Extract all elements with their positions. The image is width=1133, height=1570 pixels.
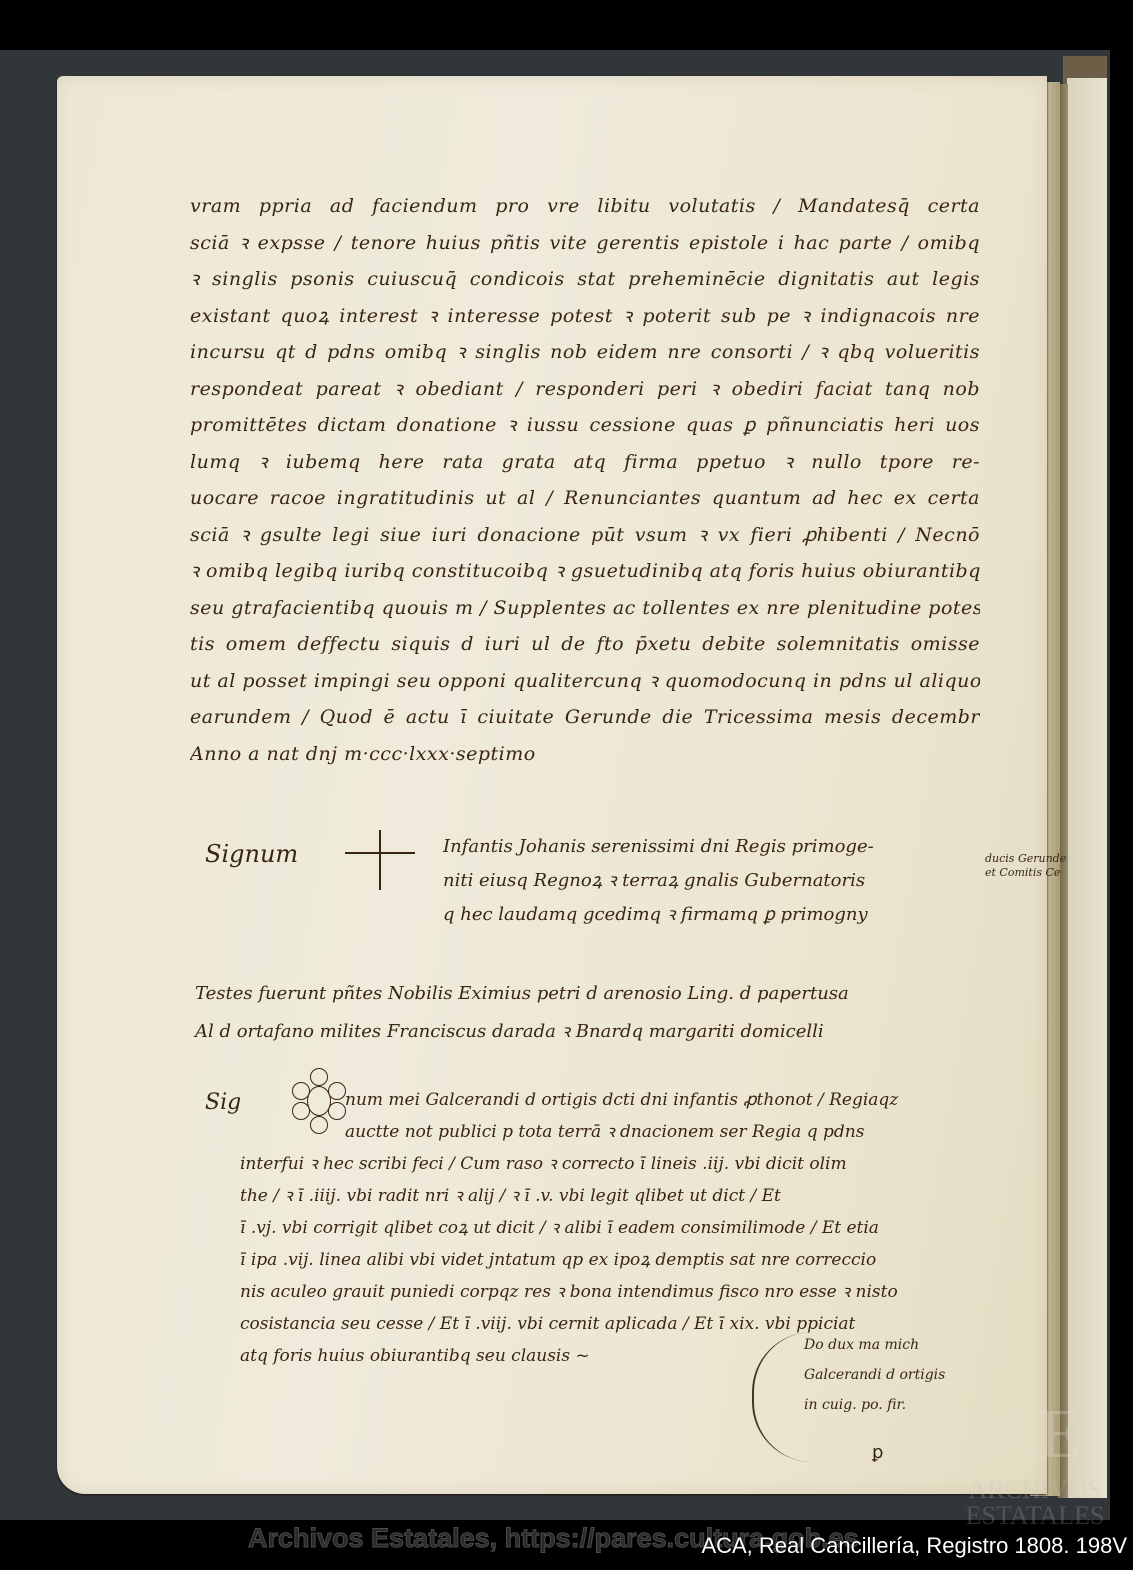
text-line: existant quoꝝ interest ꝛ interesse potes…: [190, 298, 980, 335]
notary-line: ī ipa .vij. linea alibi vbi videt jntatu…: [240, 1245, 876, 1275]
notary-sig-prefix: Sig: [205, 1090, 241, 1115]
witnesses-line: Testes fuerunt pñtes Nobilis Eximius pet…: [195, 975, 995, 1013]
margin-note-line: et Comitis Ce: [985, 866, 1066, 880]
paraph-mark: ꝑ: [872, 1442, 883, 1463]
text-line: sciā ꝛ expsse / tenore huius pñtis vite …: [190, 225, 980, 262]
notary-line: the / ꝛ ī .iiij. vbi radit nri ꝛ alij / …: [240, 1181, 781, 1211]
logo-letters: AE: [955, 1395, 1115, 1475]
text-line: lumq ꝛ iubemq here rata grata atq firma …: [190, 444, 980, 481]
subscription-line: in cuig. po. fir.: [804, 1390, 945, 1420]
text-line-final: Anno a nat dnj m·ccc·lxxx·septimo: [190, 736, 980, 773]
logo-line-1: ARCHIVOS: [955, 1477, 1115, 1503]
signum-line: q hec laudamq gcedimq ꝛ firmamq ꝑ primog…: [443, 898, 1043, 932]
margin-insertion-note: ducis Gerunde et Comitis Ce: [985, 852, 1066, 880]
witnesses-line: Al d ortafano milites Franciscus darada …: [195, 1013, 995, 1051]
notarial-sign-icon: [292, 1068, 346, 1134]
signum-label: Signum: [205, 840, 298, 868]
cross-sign-icon: [345, 830, 415, 890]
notary-line: nis aculeo grauit puniedi corpqz res ꝛ b…: [240, 1277, 898, 1307]
text-line: uocare racoe ingratitudinis ut al / Renu…: [190, 480, 980, 517]
main-text-block: vram ppria ad faciendum pro vre libitu v…: [190, 188, 980, 772]
subscription-line: Do dux ma mich: [804, 1330, 945, 1360]
witnesses-block: Testes fuerunt pñtes Nobilis Eximius pet…: [195, 975, 995, 1051]
text-line: ꝛ singlis psonis cuiuscuq̄ condicois sta…: [190, 261, 980, 298]
text-line: incursu qt d pdns omibq ꝛ singlis nob ei…: [190, 334, 980, 371]
notary-line: interfui ꝛ hec scribi feci / Cum raso ꝛ …: [240, 1149, 847, 1179]
text-line: sciā ꝛ gsulte legi siue iuri donacione p…: [190, 517, 980, 554]
facing-page-edge: [1067, 78, 1107, 1498]
notary-line: auctte not publici p tota terrā ꝛ dnacio…: [345, 1117, 864, 1147]
text-line: promittētes dictam donatione ꝛ iussu ces…: [190, 407, 980, 444]
notary-line: atq foris huius obiurantibq seu clausis …: [240, 1341, 590, 1371]
notary-line: ī .vj. vbi corrigit qlibet coꝝ ut dicit …: [240, 1213, 879, 1243]
text-line: vram ppria ad faciendum pro vre libitu v…: [190, 188, 980, 225]
subscription-line: Galcerandi d ortigis: [804, 1360, 945, 1390]
margin-note-line: ducis Gerunde: [985, 852, 1066, 866]
signum-line: Infantis Johanis serenissimi dni Regis p…: [443, 830, 1043, 864]
text-line: ut al posset impingi seu opponi qualiter…: [190, 663, 980, 700]
text-line: ꝛ omibq legibq iuribq constitucoibq ꝛ gs…: [190, 553, 980, 590]
logo-line-2: ESTATALES: [955, 1503, 1115, 1529]
text-line: seu gtrafacientibq quouis m / Supplentes…: [190, 590, 980, 627]
text-line: tis omem deffectu siquis d iuri ul de ft…: [190, 626, 980, 663]
text-line: earundem / Quod ē actu ī ciuitate Gerund…: [190, 699, 980, 736]
text-line: respondeat pareat ꝛ obediant / responder…: [190, 371, 980, 408]
signum-text: Infantis Johanis serenissimi dni Regis p…: [443, 830, 1043, 932]
signum-line: niti eiusq Regnoꝝ ꝛ terraꝝ gnalis Gubern…: [443, 864, 1043, 898]
notary-line: num mei Galcerandi d ortigis dcti dni in…: [345, 1085, 898, 1115]
archivos-estatales-logo: AE ARCHIVOS ESTATALES: [955, 1395, 1115, 1520]
image-caption: ACA, Real Cancillería, Registro 1808. 19…: [701, 1533, 1127, 1559]
